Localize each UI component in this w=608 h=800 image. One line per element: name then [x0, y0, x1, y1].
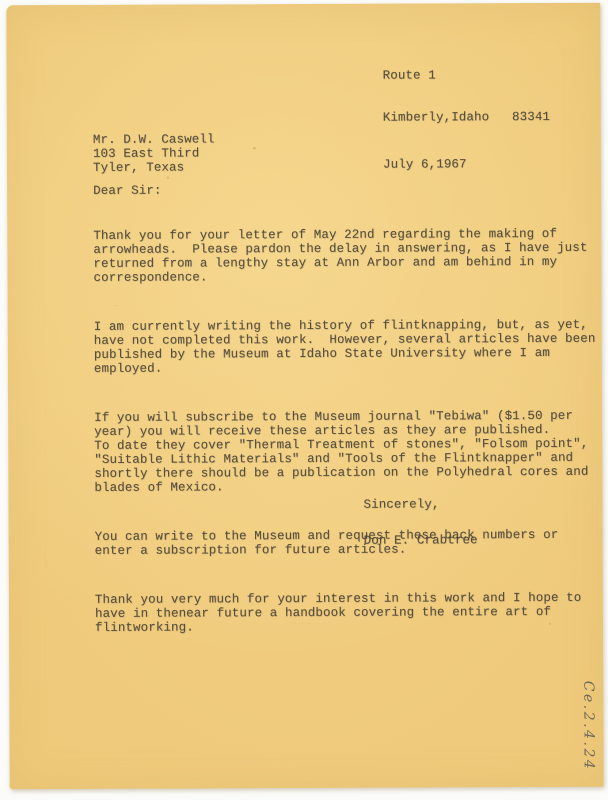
catalog-annotation: Ce.2.4.24 — [580, 681, 596, 772]
paper-speckle — [253, 147, 256, 149]
paper-speckle — [116, 305, 118, 306]
paragraph: You can write to the Museum and request … — [95, 528, 597, 558]
paragraph: If you will subscribe to the Museum jour… — [94, 409, 596, 495]
paragraph: Thank you very much for your interest in… — [95, 591, 597, 635]
sender-address: Route 1 Kimberly,Idaho 83341 July 6,1967 — [382, 40, 550, 200]
salutation: Dear Sir: — [93, 184, 161, 198]
scan-background: { "letter": { "sender": { "address_line1… — [0, 0, 608, 800]
letter-body: Thank you for your letter of May 22nd re… — [93, 199, 597, 670]
sender-city-line: Kimberly,Idaho 83341 — [383, 110, 550, 125]
signature: Don E. Crabtree — [364, 533, 478, 547]
paragraph: I am currently writing the history of fl… — [94, 318, 596, 376]
paper-speckle — [167, 177, 169, 179]
sender-route-line: Route 1 — [383, 68, 550, 83]
letter-paper: Route 1 Kimberly,Idaho 83341 July 6,1967… — [6, 3, 603, 790]
closing: Sincerely, — [363, 497, 439, 511]
recipient-address: Mr. D.W. Caswell 103 East Third Tyler, T… — [93, 132, 215, 175]
paper-speckle — [549, 623, 551, 625]
letter-date: July 6,1967 — [383, 157, 550, 172]
paragraph: Thank you for your letter of May 22nd re… — [93, 227, 595, 285]
